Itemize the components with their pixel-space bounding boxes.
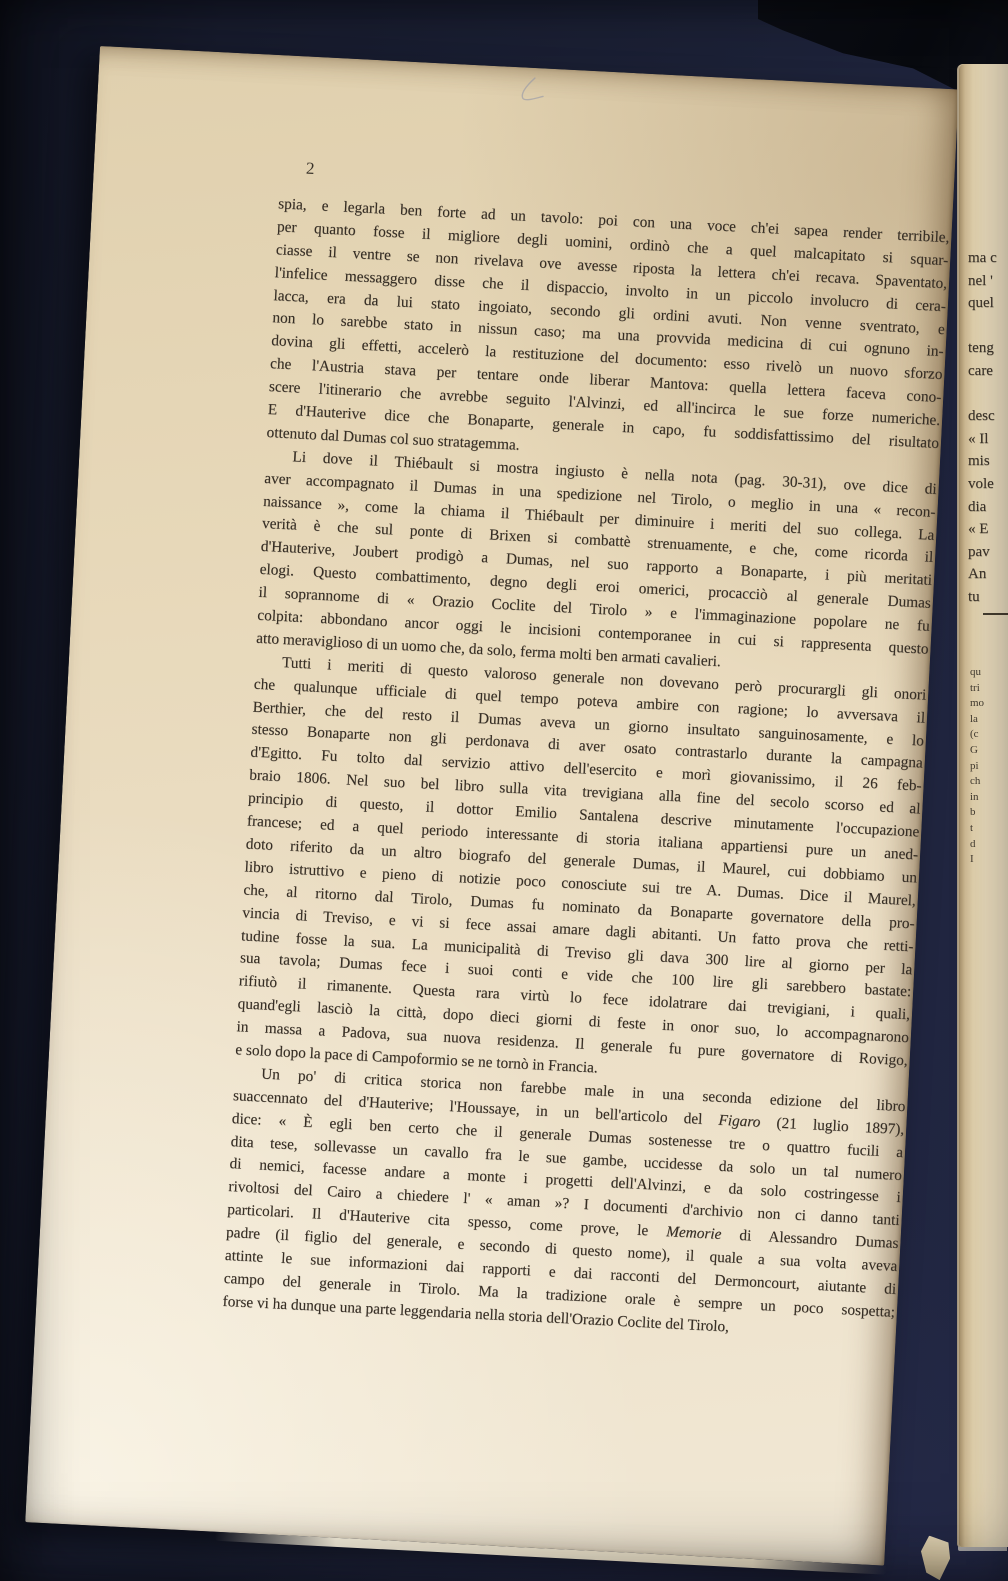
fragment-line: vole [968, 473, 1008, 496]
fragment-line: pi [970, 759, 1008, 775]
fragment-line: tri [970, 681, 1008, 697]
fragment-line: mis [968, 450, 1008, 473]
right-page-footnote-fragments: qutrimola(cGpichinbtdI [970, 665, 1008, 868]
fragment-line: in [970, 790, 1008, 806]
fragment-line: G [970, 743, 1008, 759]
fragment-line [968, 383, 1008, 406]
fragment-line [968, 315, 1008, 338]
fragment-line: (c [970, 727, 1008, 743]
fragment-line: b [970, 805, 1008, 821]
text-block: spia, e legarla ben forte ad un tavolo: … [222, 193, 950, 1347]
fragment-line: I [970, 852, 1008, 868]
pencil-mark [495, 70, 567, 113]
book-photo: 2 spia, e legarla ben forte ad un tavolo… [0, 0, 1008, 1581]
fragment-line: la [970, 712, 1008, 728]
fragment-line: qu [970, 665, 1008, 681]
fragment-line: tu [968, 586, 1008, 609]
fragment-line: nel ' [968, 270, 1008, 293]
fragment-line: An [968, 563, 1008, 586]
fragment-line: desc [968, 405, 1008, 428]
fragment-line: dia [968, 496, 1008, 519]
right-page-text-fragments: ma cnel 'quel tengcare desc« Ilmisvoledi… [968, 247, 1008, 609]
fragment-line: teng [968, 337, 1008, 360]
fragment-line: ch [970, 774, 1008, 790]
left-page: 2 spia, e legarla ben forte ad un tavolo… [25, 46, 959, 1566]
fragment-line: quel [968, 292, 1008, 315]
page-number: 2 [306, 159, 316, 179]
fragment-line: t [970, 821, 1008, 837]
right-page-sliver: ma cnel 'quel tengcare desc« Ilmisvoledi… [957, 64, 1008, 1547]
fragment-line: « Il [968, 428, 1008, 451]
torn-paper-corner [917, 1535, 954, 1581]
fragment-line: ma c [968, 247, 1008, 270]
footnote-separator [983, 613, 1008, 615]
fragment-line: mo [970, 696, 1008, 712]
fragment-line: pav [968, 541, 1008, 564]
fragment-line: « E [968, 518, 1008, 541]
fragment-line: d [970, 837, 1008, 853]
fragment-line: care [968, 360, 1008, 383]
